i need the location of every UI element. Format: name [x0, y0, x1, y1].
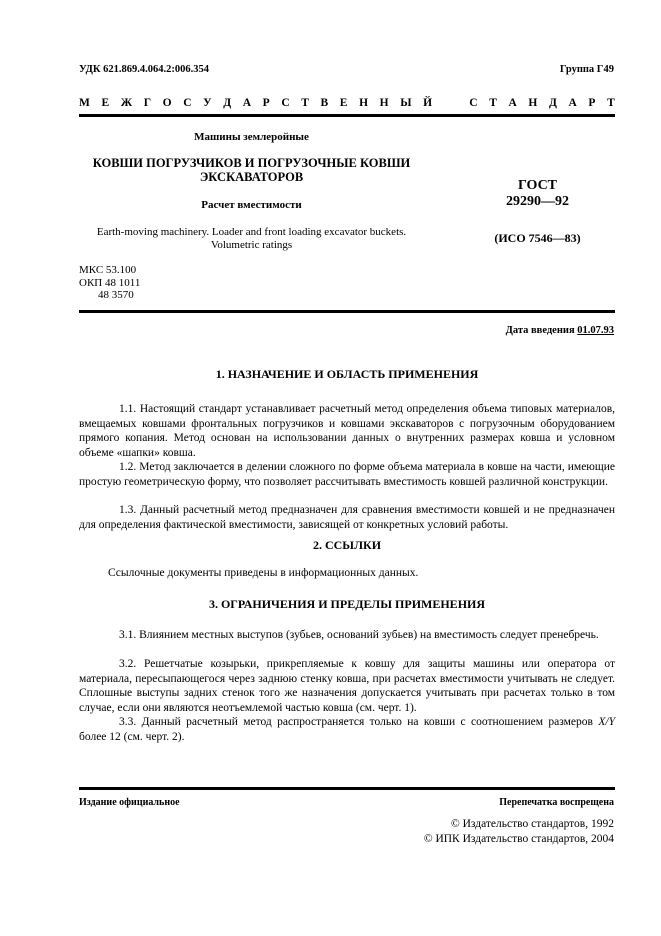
paragraph-3-2: 3.2. Решетчатые козырьки, прикрепляемые …	[79, 657, 615, 715]
banner-letter: М	[79, 97, 90, 109]
section-2-heading: 2. ССЫЛКИ	[79, 538, 615, 553]
category-label: Машины землеройные	[79, 131, 424, 143]
paragraph-3-3-text: 3.3. Данный расчетный метод распространя…	[119, 716, 598, 728]
gost-label: ГОСТ	[455, 178, 620, 194]
banner-letter: Р	[588, 97, 595, 109]
effective-date-label: Дата введения	[506, 325, 578, 336]
banner-letter: Е	[101, 97, 109, 109]
banner-letter: У	[203, 97, 211, 109]
title-block-rule	[79, 310, 615, 313]
banner-letter: С	[281, 97, 289, 109]
paragraph-1-2: 1.2. Метод заключается в делении сложног…	[79, 460, 615, 489]
paragraph-1-3: 1.3. Данный расчетный метод предназначен…	[79, 503, 615, 532]
banner-letter: О	[163, 97, 172, 109]
banner-letter: Е	[340, 97, 348, 109]
banner-word-gap	[444, 97, 458, 109]
document-title: КОВШИ ПОГРУЗЧИКОВ И ПОГРУЗОЧНЫЕ КОВШИ ЭК…	[79, 156, 424, 184]
banner-letter: Н	[359, 97, 368, 109]
interstate-standard-banner: МЕЖГОСУДАРСТВЕННЫЙСТАНДАРТ	[79, 97, 615, 109]
banner-letter: В	[321, 97, 329, 109]
banner-letter: Н	[380, 97, 389, 109]
banner-letter: Д	[223, 97, 231, 109]
english-title-line-1: Earth-moving machinery. Loader and front…	[79, 226, 424, 239]
paragraph-3-3-tail: более 12 (см. черт. 2).	[79, 731, 184, 743]
banner-letter: Д	[549, 97, 557, 109]
title-line-2: ЭКСКАВАТОРОВ	[79, 170, 424, 184]
okp-code-1: ОКП 48 1011	[79, 277, 140, 290]
copyright-line-2: © ИПК Издательство стандартов, 2004	[424, 832, 614, 847]
document-subtitle: Расчет вместимости	[79, 199, 424, 211]
mks-code: МКС 53.100	[79, 264, 140, 277]
section-3-heading: 3. ОГРАНИЧЕНИЯ И ПРЕДЕЛЫ ПРИМЕНЕНИЯ	[79, 597, 615, 612]
banner-letter: Ж	[121, 97, 132, 109]
section-1-heading: 1. НАЗНАЧЕНИЕ И ОБЛАСТЬ ПРИМЕНЕНИЯ	[79, 367, 615, 382]
gost-number: 29290—92	[455, 194, 620, 210]
banner-letter: Н	[528, 97, 537, 109]
copyright-line-1: © Издательство стандартов, 1992	[424, 817, 614, 832]
banner-letter: А	[508, 97, 516, 109]
iso-reference: (ИСО 7546—83)	[455, 231, 620, 246]
title-line-1: КОВШИ ПОГРУЗЧИКОВ И ПОГРУЗОЧНЫЕ КОВШИ	[79, 156, 424, 170]
header-rule	[79, 114, 615, 117]
banner-letter: Г	[144, 97, 151, 109]
english-title-line-2: Volumetric ratings	[79, 239, 424, 252]
official-edition-label: Издание официальное	[79, 797, 180, 808]
okp-code-2: 48 3570	[79, 289, 140, 302]
banner-letter: Й	[423, 97, 432, 109]
banner-letter: Р	[263, 97, 270, 109]
effective-date-value: 01.07.93	[577, 325, 614, 336]
paragraph-1-1: 1.1. Настоящий стандарт устанавливает ра…	[79, 402, 615, 460]
banner-letter: С	[469, 97, 477, 109]
classification-codes: МКС 53.100 ОКП 48 1011 48 3570	[79, 264, 140, 302]
paragraph-2: Ссылочные документы приведены в информац…	[79, 566, 615, 581]
effective-date: Дата введения 01.07.93	[506, 325, 614, 336]
banner-letter: Ы	[400, 97, 411, 109]
banner-letter: А	[243, 97, 251, 109]
banner-letter: Т	[301, 97, 309, 109]
banner-letter: А	[569, 97, 577, 109]
paragraph-3-3: 3.3. Данный расчетный метод распространя…	[79, 715, 615, 744]
paragraph-3-1: 3.1. Влиянием местных выступов (зубьев, …	[79, 628, 615, 643]
footer-rule	[79, 787, 615, 790]
udk-code: УДК 621.869.4.064.2:006.354	[79, 64, 209, 75]
copyright-block: © Издательство стандартов, 1992 © ИПК Из…	[424, 817, 614, 847]
banner-letter: С	[183, 97, 191, 109]
banner-letter: Т	[607, 97, 615, 109]
banner-letter: Т	[489, 97, 497, 109]
group-code: Группа Г49	[560, 64, 614, 75]
ratio-symbol: X/Y	[598, 716, 615, 728]
reprint-prohibited-label: Перепечатка воспрещена	[499, 797, 614, 808]
english-title: Earth-moving machinery. Loader and front…	[79, 226, 424, 252]
gost-designation: ГОСТ 29290—92	[455, 178, 620, 210]
